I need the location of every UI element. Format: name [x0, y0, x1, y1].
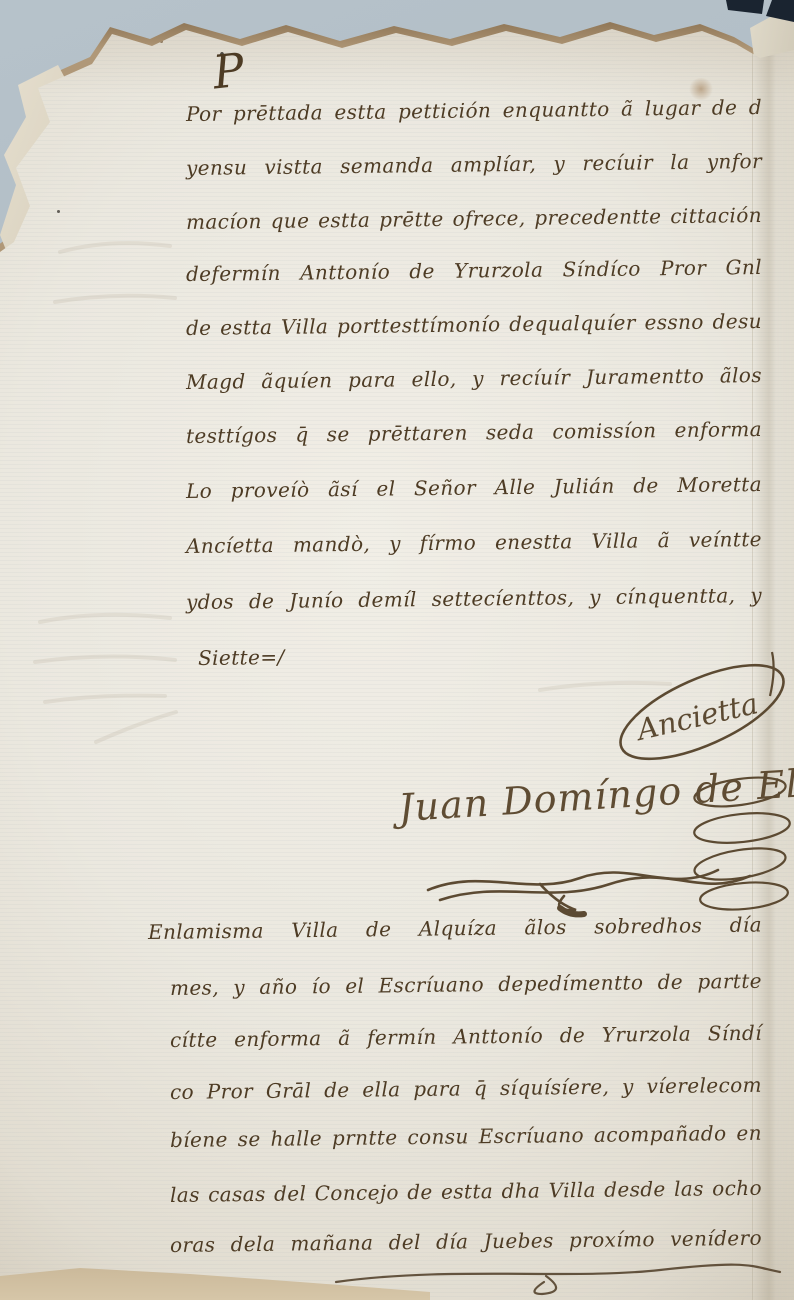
manuscript-line: Ancíetta mandò, y fírmo enestta Villa ã …	[186, 529, 762, 556]
binding-corner	[726, 0, 764, 16]
manuscript-line: ydos de Junío demíl settecíenttos, y cín…	[186, 585, 762, 612]
signature-loop-flourish	[688, 766, 794, 922]
heading-mark: P	[210, 43, 246, 100]
ancieta-rubric-signature: Ancietta	[606, 646, 794, 774]
scanned-manuscript: P Por prēttada estta pettición enquantto…	[0, 0, 794, 1300]
manuscript-line: macíon que estta prētte ofrece, preceden…	[186, 205, 762, 232]
manuscript-page: P Por prēttada estta pettición enquantto…	[0, 0, 794, 1300]
manuscript-line: defermín Anttonío de Yrurzola Síndíco Pr…	[186, 257, 762, 284]
manuscript-line: Siette=/	[198, 647, 285, 668]
manuscript-line: Magd ãquíen para ello, y recíuír Juramen…	[186, 365, 762, 392]
manuscript-line: Por prēttada estta pettición enquantto ã…	[186, 97, 762, 124]
manuscript-line: testtígos q̄ se prēttaren seda comissíon…	[186, 419, 762, 446]
closing-underline-flourish	[330, 1256, 786, 1298]
ink-speck	[57, 210, 60, 213]
manuscript-line: Lo proveíò ãsí el Señor Alle Julián de M…	[186, 474, 762, 501]
manuscript-line: yensu vistta semanda amplíar, y recíuir …	[186, 151, 762, 178]
rubric-name: Ancietta	[631, 686, 761, 747]
manuscript-line: de estta Villa porttesttímonío dequalquí…	[186, 311, 762, 338]
